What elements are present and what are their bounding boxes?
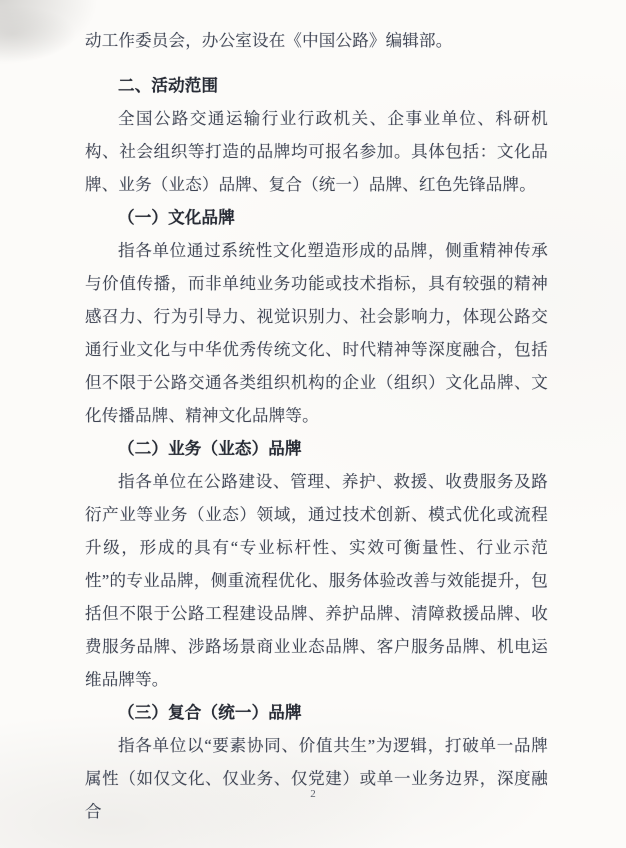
page-number: 2 <box>0 788 626 800</box>
body-paragraph: 全国公路交通运输行业行政机关、企事业单位、科研机构、社会组织等打造的品牌均可报名… <box>85 102 548 201</box>
body-paragraph-continuation: 动工作委员会，办公室设在《中国公路》编辑部。 <box>85 24 548 57</box>
subsection-heading: （三）复合（统一）品牌 <box>85 696 548 729</box>
body-paragraph: 指各单位通过系统性文化塑造形成的品牌，侧重精神传承与价值传播，而非单纯业务功能或… <box>85 234 548 432</box>
subsection-heading: （二）业务（业态）品牌 <box>85 432 548 465</box>
body-paragraph: 指各单位以“要素协同、价值共生”为逻辑，打破单一品牌属性（如仅文化、仅业务、仅党… <box>85 729 548 828</box>
section-heading: 二、活动范围 <box>85 69 548 102</box>
document-body: 动工作委员会，办公室设在《中国公路》编辑部。二、活动范围全国公路交通运输行业行政… <box>85 24 548 828</box>
scanned-document-page: 动工作委员会，办公室设在《中国公路》编辑部。二、活动范围全国公路交通运输行业行政… <box>0 0 626 848</box>
subsection-heading: （一）文化品牌 <box>85 201 548 234</box>
body-paragraph: 指各单位在公路建设、管理、养护、救援、收费服务及路衍产业等业务（业态）领域，通过… <box>85 465 548 696</box>
